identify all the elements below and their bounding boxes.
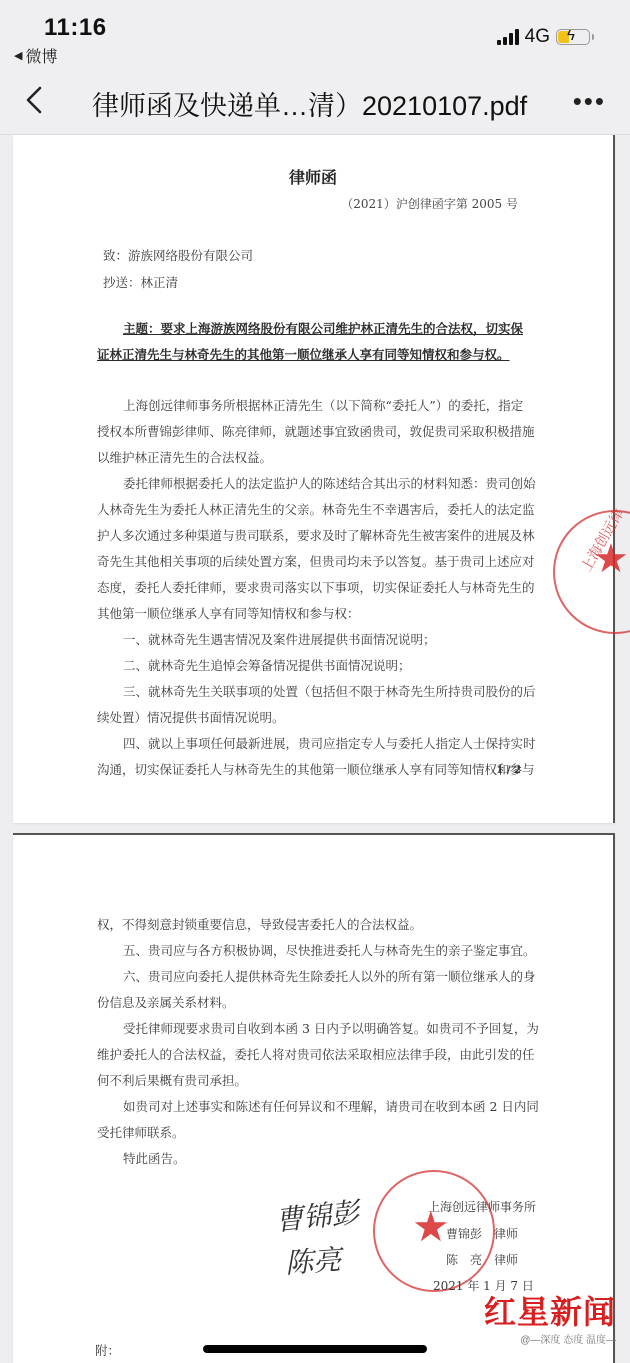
body-line: 授权本所曹锦彭律师、陈亮律师，就题述事宜致函贵司，敦促贵司采取积极措施 bbox=[97, 422, 535, 440]
body-line: 受托律师现要求贵司自收到本函 3 日内予以明确答复。如贵司不予回复，为 bbox=[123, 1019, 539, 1037]
watermark-logo: 红星新闻 bbox=[484, 1287, 616, 1333]
list-item: 三、就林奇先生关联事项的处置（包括但不限于林奇先生所持贵司股份的后 bbox=[123, 682, 536, 700]
body-line: 何不利后果概有贵司承担。 bbox=[97, 1071, 247, 1089]
body-line: 人林奇先生为委托人林正清先生的父亲。林奇先生不幸遇害后，委托人的法定监 bbox=[97, 500, 535, 518]
pdf-page-2[interactable]: 权，不得刻意封锁重要信息，导致侵害委托人的合法权益。 五、贵司应与各方积极协调，… bbox=[13, 833, 615, 1363]
body-line: 续处置）情况提供书面情况说明。 bbox=[97, 708, 285, 726]
list-item: 一、就林奇先生遇害情况及案件进展提供书面情况说明； bbox=[123, 630, 436, 648]
list-item: 六、贵司应向委托人提供林奇先生除委托人以外的所有第一顺位继承人的身 bbox=[123, 967, 536, 985]
list-item: 四、就以上事项任何最新进展，贵司应指定专人与委托人指定人士保持实时 bbox=[123, 734, 536, 752]
nav-bar: 律师函及快递单…清）20210107.pdf ••• bbox=[0, 70, 630, 135]
status-bar: 11:16 ◀ 微博 4G ϟ bbox=[0, 0, 630, 70]
body-line: 份信息及亲属关系材料。 bbox=[97, 993, 235, 1011]
home-indicator[interactable] bbox=[203, 1345, 427, 1353]
attachment-label: 附： bbox=[95, 1341, 120, 1359]
body-line: 其他第一顺位继承人享有同等知情权和参与权： bbox=[97, 604, 360, 622]
back-app-label: 微博 bbox=[25, 44, 57, 67]
status-time: 11:16 bbox=[44, 14, 107, 42]
body-line: 委托律师根据委托人的法定监护人的陈述结合其出示的材料知悉：贵司创始 bbox=[123, 474, 536, 492]
law-firm-name: 上海创远律师事务所 bbox=[428, 1198, 536, 1215]
back-button[interactable] bbox=[20, 80, 54, 120]
body-line: 态度，委托人委托律师，要求贵司落实以下事项，切实保证委托人与林奇先生的 bbox=[97, 578, 535, 596]
letter-reference-number: （2021）沪创律函字第 2005 号 bbox=[341, 195, 518, 212]
body-line: 护人多次通过多种渠道与贵司联系，要求及时了解林奇先生被害案件的进展及林 bbox=[97, 526, 535, 544]
body-line: 奇先生其他相关事项的后续处置方案，但贵司均未予以答复。基于贵司上述应对 bbox=[97, 552, 535, 570]
document-title: 律师函及快递单…清）20210107.pdf bbox=[92, 84, 527, 123]
body-line: 以维护林正清先生的合法权益。 bbox=[97, 448, 272, 466]
page-number: 1 / 2 bbox=[496, 765, 521, 776]
addressee: 致：游族网络股份有限公司 bbox=[103, 246, 253, 264]
network-type: 4G bbox=[525, 26, 550, 48]
more-options-button[interactable]: ••• bbox=[573, 86, 606, 117]
body-line: 受托律师联系。 bbox=[97, 1123, 185, 1141]
back-to-app-link[interactable]: ◀ 微博 bbox=[14, 44, 57, 67]
cc-recipient: 抄送：林正清 bbox=[103, 273, 178, 291]
body-line: 权，不得刻意封锁重要信息，导致侵害委托人的合法权益。 bbox=[97, 915, 422, 933]
handwritten-signature: 曹锦彭 bbox=[273, 1191, 361, 1240]
closing-line: 特此函告。 bbox=[123, 1149, 186, 1167]
handwritten-signature: 陈亮 bbox=[284, 1238, 343, 1282]
lawyer-name: 陈 亮 律师 bbox=[446, 1251, 518, 1268]
company-seal-stamp: ★ 上海创远律 bbox=[553, 510, 630, 634]
signal-icon bbox=[497, 29, 519, 45]
battery-charging-icon: ϟ bbox=[556, 29, 590, 45]
body-line: 维护委托人的合法权益，委托人将对贵司依法采取相应法律手段，由此引发的任 bbox=[97, 1045, 535, 1063]
news-watermark: 红星新闻 @—深度 态度 温度— bbox=[484, 1287, 616, 1346]
letter-title: 律师函 bbox=[13, 165, 613, 188]
body-line: 如贵司对上述事实和陈述有任何异议和不理解，请贵司在收到本函 2 日内同 bbox=[123, 1097, 539, 1115]
list-item: 五、贵司应与各方积极协调，尽快推进委托人与林奇先生的亲子鉴定事宜。 bbox=[123, 941, 536, 959]
subject-line: 证林正清先生与林奇先生的其他第一顺位继承人享有同等知情权和参与权。 bbox=[97, 345, 510, 363]
list-item: 二、就林奇先生追悼会筹备情况提供书面情况说明； bbox=[123, 656, 411, 674]
body-line: 沟通，切实保证委托人与林奇先生的其他第一顺位继承人享有同等知情权和参与 bbox=[97, 760, 535, 778]
body-line: 上海创远律师事务所根据林正清先生（以下简称“委托人”）的委托，指定 bbox=[123, 396, 523, 414]
chevron-left-icon bbox=[20, 80, 54, 120]
pdf-page-1[interactable]: 律师函 （2021）沪创律函字第 2005 号 致：游族网络股份有限公司 抄送：… bbox=[13, 135, 615, 823]
lawyer-name: 曹锦彭 律师 bbox=[446, 1225, 518, 1242]
back-triangle-icon: ◀ bbox=[14, 49, 22, 62]
status-indicators: 4G ϟ bbox=[497, 26, 590, 48]
watermark-slogan: @—深度 态度 温度— bbox=[484, 1331, 616, 1346]
subject-line: 主题：要求上海游族网络股份有限公司维护林正清先生的合法权，切实保 bbox=[123, 319, 523, 337]
